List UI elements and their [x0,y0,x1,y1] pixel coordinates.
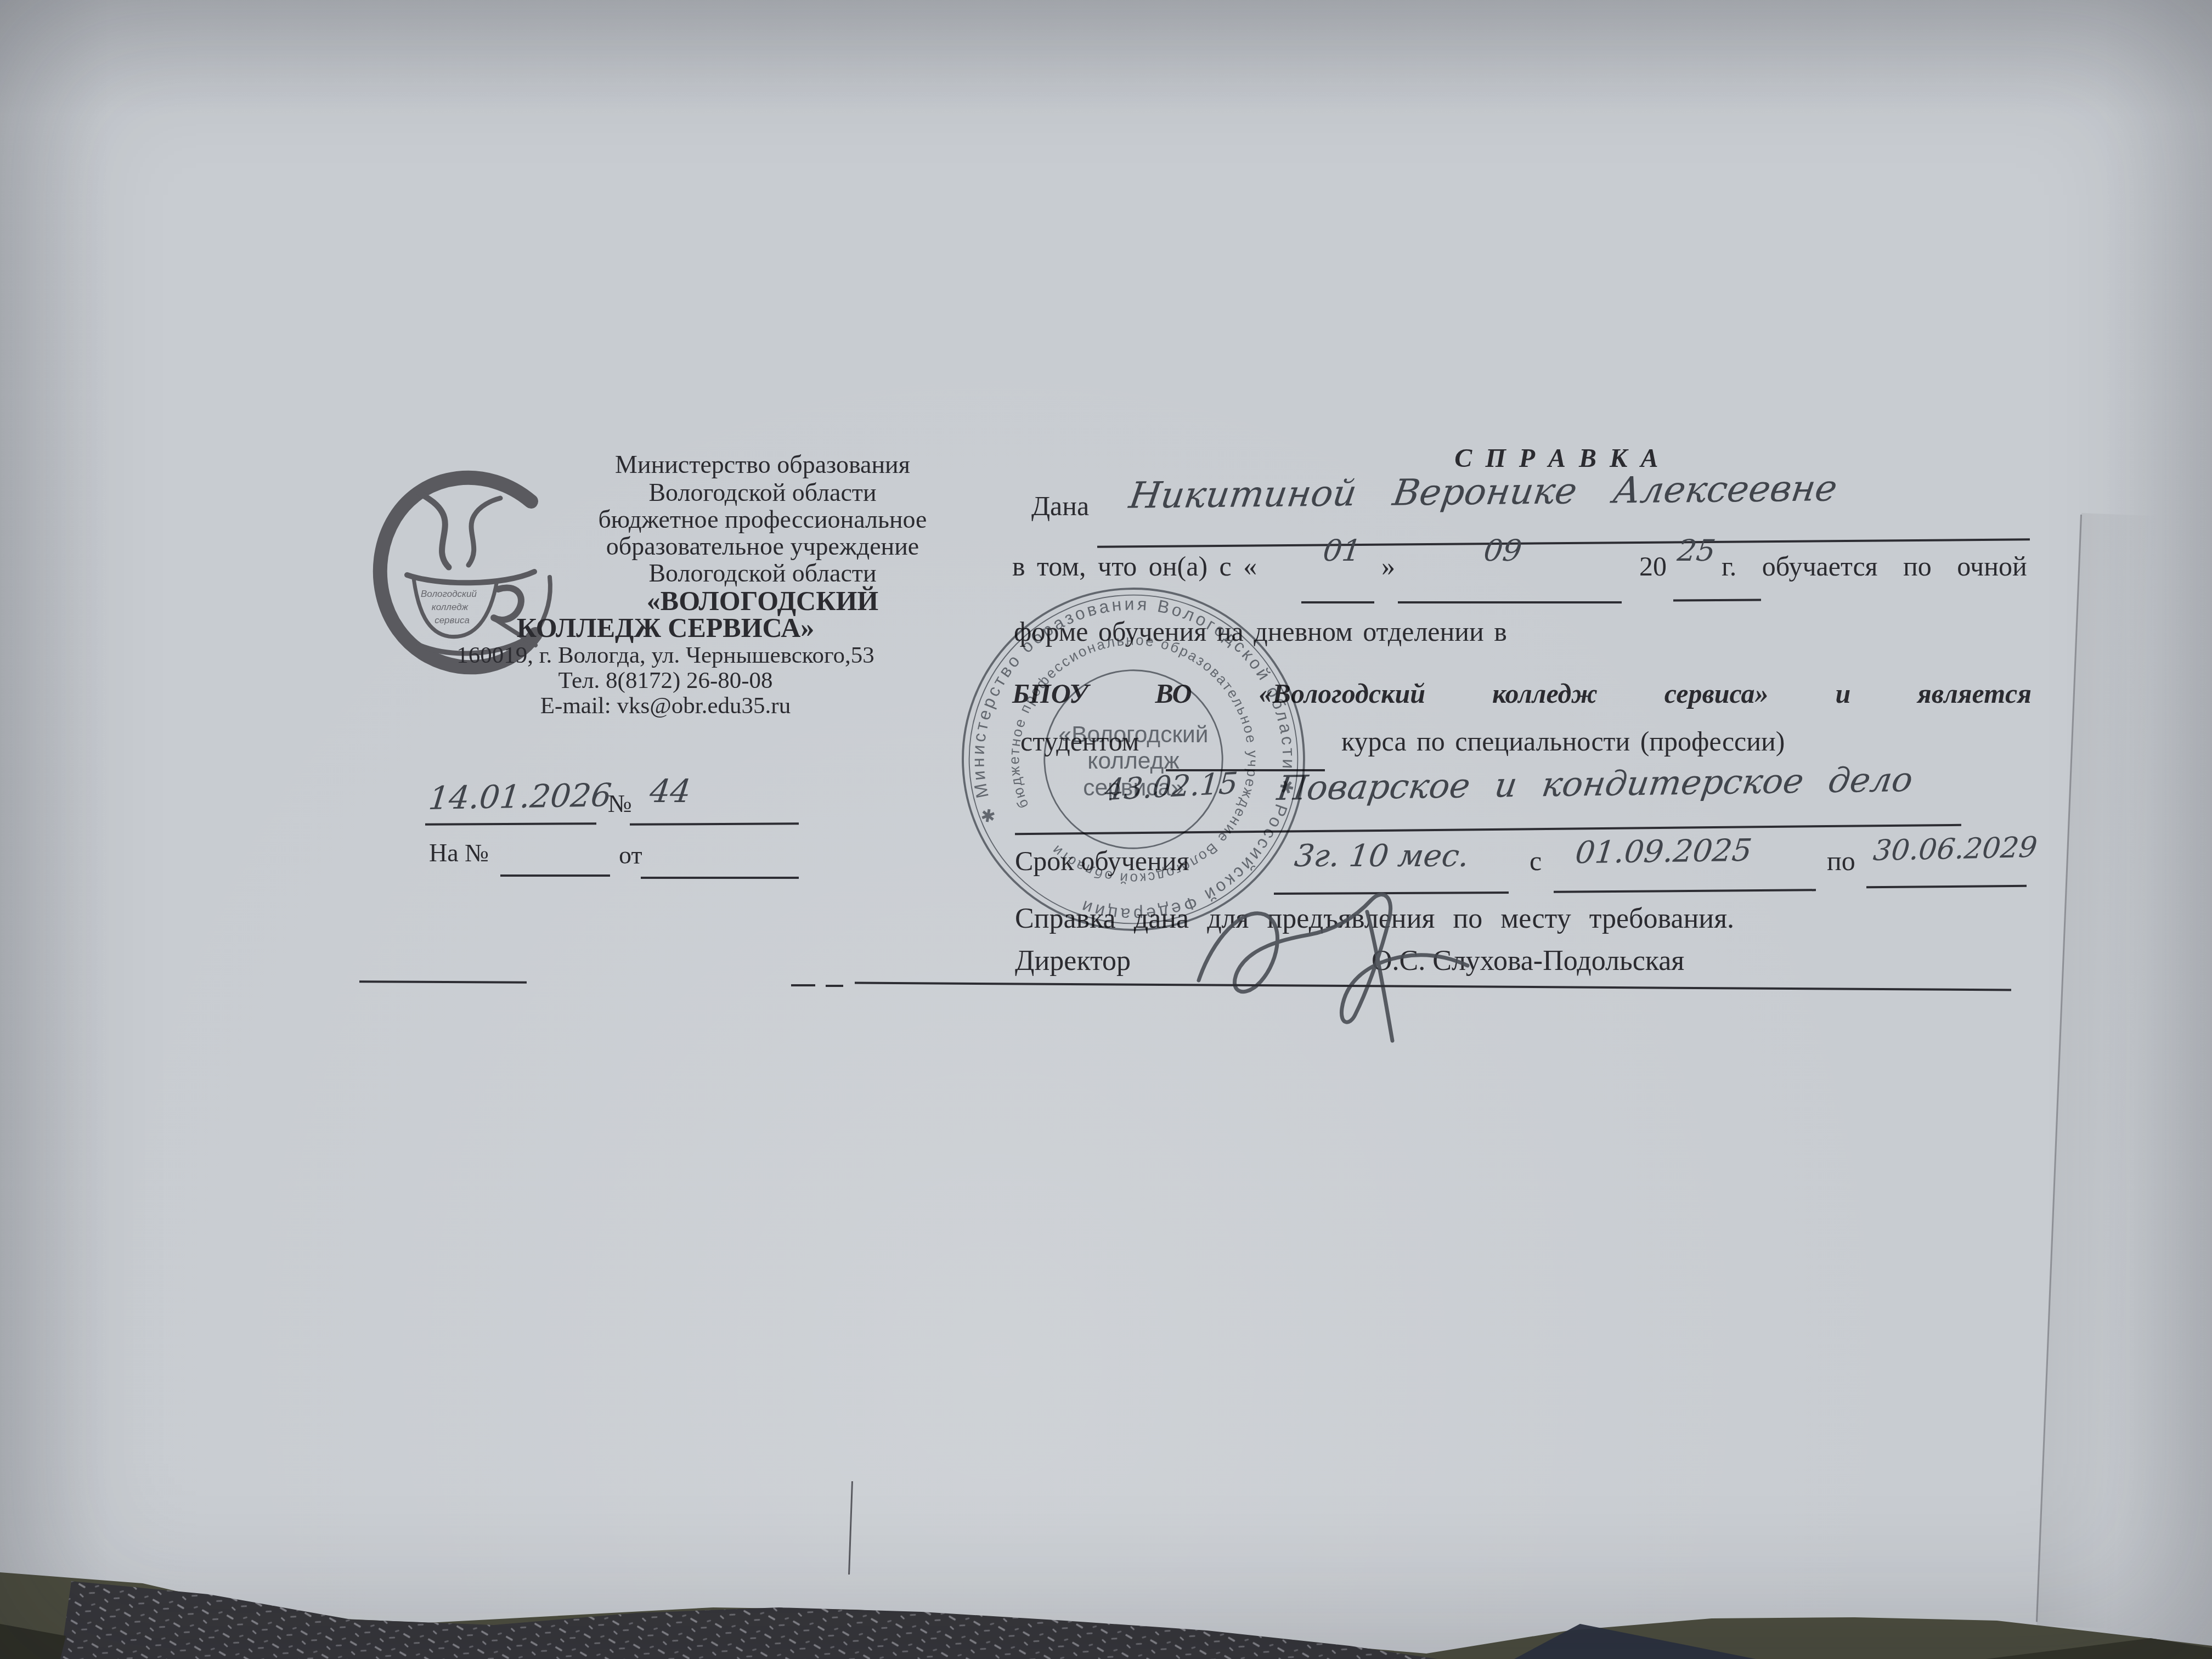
document-photo: Вологодский колледж сервиса Министерство… [0,0,2212,1659]
carpet-speckled [60,1581,1437,1659]
floor-background [0,0,2212,1659]
